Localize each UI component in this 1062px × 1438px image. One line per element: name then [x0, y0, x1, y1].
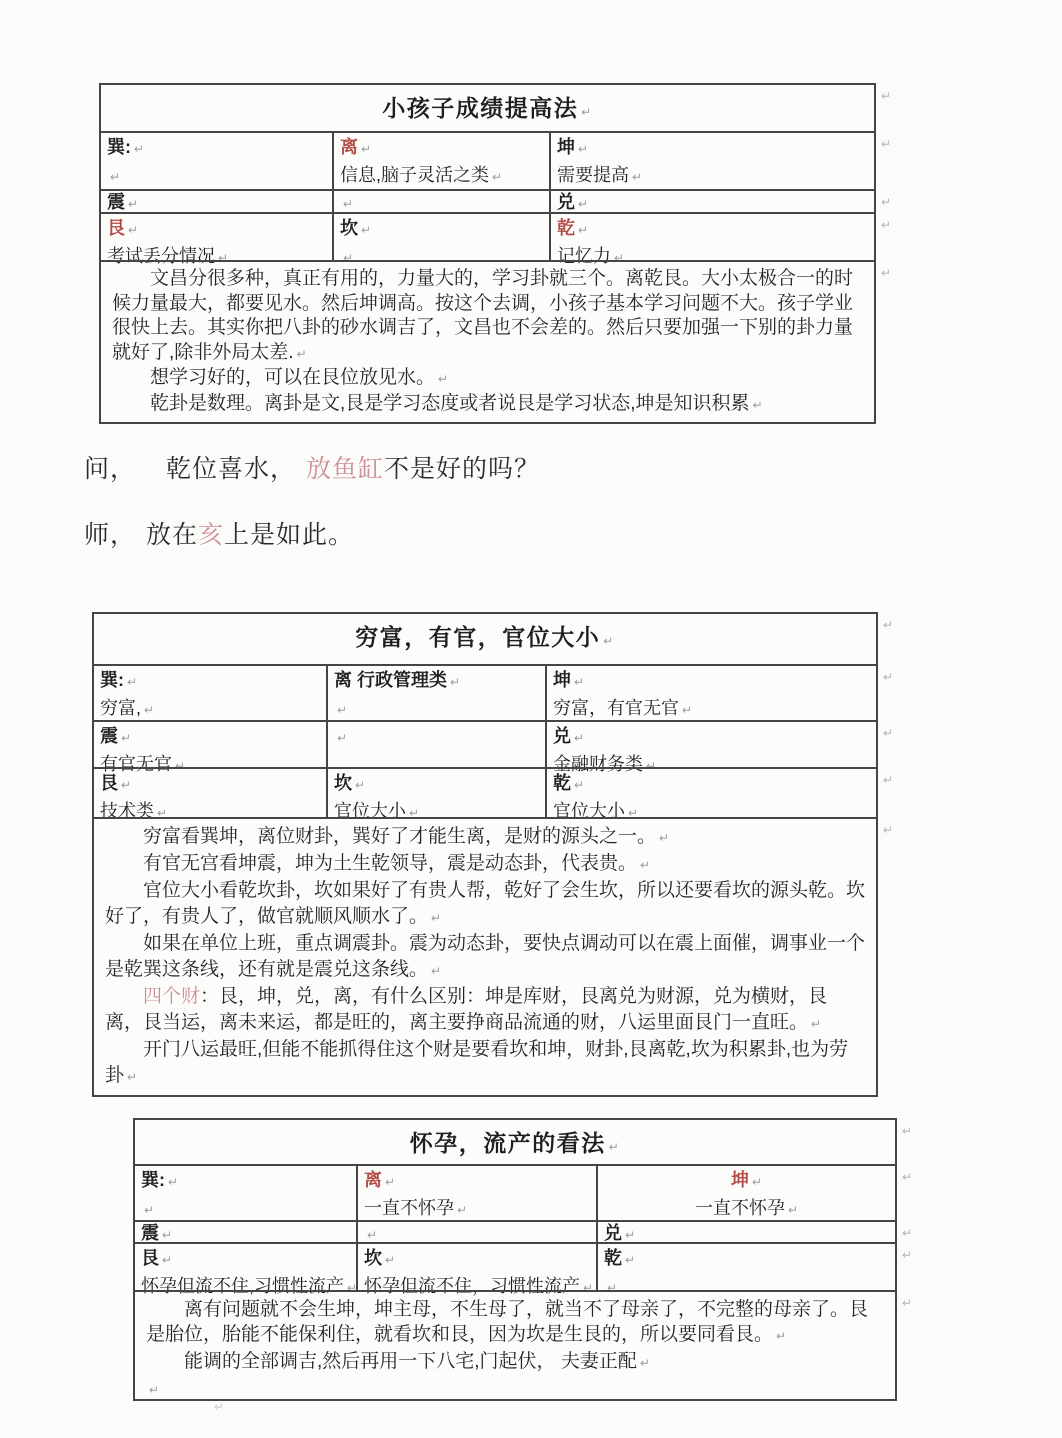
table1-row-3: 艮↵ 考试丢分情况↵ 坎↵ ↵ 乾↵ 记忆力↵ ↵: [101, 212, 874, 260]
note-paragraph-highlight: 想学习好的，可以在艮位放见水。↵: [112, 366, 863, 392]
question-suffix: 不是好的吗？: [384, 455, 540, 483]
cell-value: 穷富，有官无官: [553, 698, 679, 718]
empty-paragraph: ↵: [146, 1376, 884, 1394]
paragraph-mark-icon: ↵: [752, 1175, 762, 1189]
paragraph-mark-icon: ↵: [788, 1203, 798, 1217]
note-paragraph: 官位大小看乾坎卦，坎如果好了有贵人帮，乾好了会生坎，所以还要看坎的源头乾。坎好了…: [105, 878, 865, 931]
paragraph-mark-icon: ↵: [625, 1228, 635, 1242]
paragraph-mark-icon: ↵: [625, 1253, 635, 1267]
cell-kan: 坎↵ ↵: [332, 214, 549, 260]
row-end-mark: ↵: [881, 218, 891, 232]
cell-header: 乾: [557, 218, 575, 238]
row-end-mark: ↵: [902, 1124, 912, 1138]
paragraph-mark-icon: ↵: [162, 1228, 172, 1242]
paragraph-mark-icon: ↵: [574, 675, 584, 689]
cell-empty: ↵: [326, 722, 545, 767]
cell-header: 坤: [553, 670, 571, 690]
cell-header: 艮: [141, 1248, 159, 1268]
question-highlight: 放鱼缸: [306, 455, 384, 483]
note-paragraph: 乾卦是数理。离卦是文,艮是学习态度或者说艮是学习状态,坤是知识积累↵: [112, 392, 863, 418]
row-end-mark: ↵: [902, 1226, 912, 1240]
paragraph-mark-icon: ↵: [121, 731, 131, 745]
cell-header: 坎: [334, 773, 352, 793]
paragraph-mark-icon: ↵: [574, 778, 584, 792]
paragraph-mark-icon: ↵: [127, 675, 137, 689]
table3-notes: 离有问题就不会生坤，坤主母，不生母了，就当不了母亲了，不完整的母亲了。艮是胎位，…: [135, 1290, 895, 1399]
paragraph-mark-icon: ↵: [367, 1228, 377, 1242]
paragraph-mark-icon: ↵: [128, 197, 138, 211]
paragraph-mark-icon: ↵: [121, 778, 131, 792]
cell-dui: 兑↵: [596, 1222, 895, 1242]
cell-dui: 兑↵ 金融财务类↵: [545, 722, 876, 767]
answer-highlight: 亥: [198, 521, 224, 549]
note-text: 乾卦是数理。离卦是文,艮是学习态度或者说艮是学习状态,坤是知识积累: [150, 393, 750, 414]
paragraph-mark-icon: ↵: [574, 731, 584, 745]
cell-li: 离 行政管理类↵ ↵: [326, 666, 545, 720]
cell-header: 乾: [553, 773, 571, 793]
cell-header: 离: [364, 1170, 382, 1190]
cell-kan: 坎↵ 官位大小↵: [326, 769, 545, 817]
row-end-mark: ↵: [881, 195, 891, 209]
cell-header: 离 行政管理类: [334, 670, 447, 690]
paragraph-mark-icon: ↵: [168, 1175, 178, 1189]
paragraph-mark-icon: ↵: [603, 634, 615, 648]
table3-title-row: 怀孕，流产的看法↵ ↵: [135, 1120, 895, 1164]
note-paragraph: 能调的全部调吉,然后再用一下八宅,门起伏， 夫妻正配↵: [146, 1349, 884, 1376]
paragraph-mark-icon: ↵: [457, 1203, 467, 1217]
table3-title-text: 怀孕，流产的看法: [410, 1130, 606, 1156]
answer-lead: 放在: [146, 521, 198, 549]
table2-notes: 穷富看巽坤，离位财卦，巽好了才能生离，是财的源头之一。↵ 有官无宫看坤震，坤为土…: [94, 817, 876, 1095]
cell-header: 巽:: [141, 1170, 165, 1190]
table-grade-improvement: 小孩子成绩提高法↵ ↵ 巽:↵ ↵ 离↵ 信息,脑子灵活之类↵ 坤↵ 需要提高↵…: [99, 83, 876, 424]
cell-header: 震: [100, 726, 118, 746]
paragraph-mark-icon: ↵: [361, 142, 371, 156]
cell-li: 离↵ 信息,脑子灵活之类↵: [332, 133, 549, 189]
note-paragraph: 离有问题就不会生坤，坤主母，不生母了，就当不了母亲了，不完整的母亲了。艮是胎位，…: [146, 1297, 884, 1349]
cell-empty: ↵: [356, 1222, 596, 1242]
table3-row-2: 震↵ ↵ 兑↵ ↵: [135, 1220, 895, 1242]
row-end-mark: ↵: [883, 670, 893, 684]
cell-header: 兑: [557, 192, 575, 212]
note-text: 想学习好的，可以在艮位放见水。: [150, 367, 435, 388]
paragraph-mark-icon: ↵: [492, 170, 502, 184]
cell-empty: ↵: [332, 191, 549, 212]
note-text: 离有问题就不会生坤，坤主母，不生母了，就当不了母亲了，不完整的母亲了。艮是胎位，…: [146, 1299, 868, 1345]
note-text: ：艮，坤，兑，离，有什么区别：坤是库财，艮离兑为财源，兑为横财，艮离，艮当运，离…: [105, 986, 827, 1033]
note-text: 开门八运最旺,但能不能抓得住这个财是要看坎和坤，财卦,艮离乾,坎为积累卦,也为劳…: [105, 1039, 848, 1086]
cell-header: 巽:: [107, 137, 131, 157]
cell-qian: 乾↵ ↵: [596, 1244, 895, 1290]
paragraph-mark-icon: ↵: [581, 105, 593, 119]
table1-title: 小孩子成绩提高法↵: [101, 85, 874, 131]
cell-value: 一直不怀孕: [695, 1198, 785, 1218]
cell-header: 乾: [604, 1248, 622, 1268]
answer-prefix: 师，: [84, 521, 136, 549]
paragraph-mark-icon: ↵: [128, 223, 138, 237]
paragraph-mark-icon: ↵: [578, 223, 588, 237]
paragraph-mark-icon: ↵: [640, 858, 650, 872]
note-paragraph: 开门八运最旺,但能不能抓得住这个财是要看坎和坤，财卦,艮离乾,坎为积累卦,也为劳…: [105, 1037, 865, 1090]
row-end-mark: ↵: [883, 823, 893, 837]
stray-paragraph-mark: ↵: [214, 1400, 224, 1414]
row-end-mark: ↵: [902, 1248, 912, 1262]
paragraph-mark-icon: ↵: [811, 1017, 821, 1031]
cell-header: 艮: [107, 218, 125, 238]
table1-row-2: 震↵ ↵ 兑↵ ↵: [101, 189, 874, 212]
table3-row-1: 巽:↵ ↵ 离↵ 一直不怀孕↵ 坤↵ 一直不怀孕↵ ↵: [135, 1164, 895, 1220]
cell-qian: 乾↵ 官位大小↵: [545, 769, 876, 817]
table2-row-3: 艮↵ 技术类↵ 坎↵ 官位大小↵ 乾↵ 官位大小↵ ↵: [94, 767, 876, 817]
cell-header: 坤: [557, 137, 575, 157]
row-end-mark: ↵: [881, 137, 891, 151]
note-text: 能调的全部调吉,然后再用一下八宅,门起伏， 夫妻正配: [184, 1351, 637, 1372]
cell-header: 艮: [100, 773, 118, 793]
table1-notes: 文昌分很多种，真正有用的，力量大的，学习卦就三个。离乾艮。大小太极合一的时候力量…: [101, 260, 874, 422]
paragraph-mark-icon: ↵: [355, 778, 365, 792]
cell-header: 坎: [364, 1248, 382, 1268]
table-pregnancy: 怀孕，流产的看法↵ ↵ 巽:↵ ↵ 离↵ 一直不怀孕↵ 坤↵ 一直不怀孕↵ ↵ …: [133, 1118, 897, 1401]
cell-value: 一直不怀孕: [364, 1198, 454, 1218]
row-end-mark: ↵: [881, 266, 891, 280]
note-text: 文昌分很多种，真正有用的，力量大的，学习卦就三个。离乾艮。大小太极合一的时候力量…: [112, 268, 853, 363]
table2-row-2: 震↵ 有官无官↵ ↵ 兑↵ 金融财务类↵ ↵: [94, 720, 876, 767]
cell-gen: 艮↵ 考试丢分情况↵: [101, 214, 332, 260]
paragraph-mark-icon: ↵: [431, 911, 441, 925]
table3-title: 怀孕，流产的看法↵: [135, 1120, 895, 1164]
note-paragraph: 文昌分很多种，真正有用的，力量大的，学习卦就三个。离乾艮。大小太极合一的时候力量…: [112, 267, 863, 366]
paragraph-mark-icon: ↵: [361, 223, 371, 237]
paragraph-mark-icon: ↵: [578, 197, 588, 211]
answer-line: 师，放在亥上是如此。: [84, 515, 354, 551]
paragraph-mark-icon: ↵: [144, 1203, 154, 1217]
row-end-mark: ↵: [902, 1170, 912, 1184]
answer-suffix: 上是如此。: [224, 521, 354, 549]
question-lead: 乾位喜水，: [166, 455, 296, 483]
paragraph-mark-icon: ↵: [640, 1356, 650, 1370]
note-paragraph: 有官无宫看坤震，坤为土生乾领导，震是动态卦，代表贵。↵: [105, 851, 865, 878]
paragraph-mark-icon: ↵: [162, 1253, 172, 1267]
paragraph-mark-icon: ↵: [149, 1383, 159, 1397]
cell-gen: 艮↵ 技术类↵: [94, 769, 326, 817]
cell-header: 坤: [731, 1170, 749, 1190]
cell-header: 兑: [553, 726, 571, 746]
row-end-mark: ↵: [881, 89, 891, 103]
table2-title: 穷富，有官，官位大小↵: [94, 614, 876, 664]
cell-kun: 坤↵ 穷富，有官无官↵: [545, 666, 876, 720]
paragraph-mark-icon: ↵: [343, 197, 353, 211]
table1-row-1: 巽:↵ ↵ 离↵ 信息,脑子灵活之类↵ 坤↵ 需要提高↵ ↵: [101, 131, 874, 189]
cell-kun: 坤↵ 需要提高↵: [549, 133, 874, 189]
table2-title-text: 穷富，有官，官位大小: [355, 624, 600, 650]
row-end-mark: ↵: [902, 1296, 912, 1310]
cell-header: 巽:: [100, 670, 124, 690]
cell-qian: 乾↵ 记忆力↵: [549, 214, 874, 260]
row-end-mark: ↵: [883, 773, 893, 787]
note-text: 穷富看巽坤，离位财卦，巽好了才能生离，是财的源头之一。: [143, 826, 656, 847]
table1-title-text: 小孩子成绩提高法: [382, 95, 578, 121]
paragraph-mark-icon: ↵: [134, 142, 144, 156]
paragraph-mark-icon: ↵: [144, 703, 154, 717]
note-text: 有官无宫看坤震，坤为土生乾领导，震是动态卦，代表贵。: [143, 853, 637, 874]
paragraph-mark-icon: ↵: [385, 1253, 395, 1267]
paragraph-mark-icon: ↵: [385, 1175, 395, 1189]
paragraph-mark-icon: ↵: [753, 398, 763, 412]
question-line: 问，乾位喜水，放鱼缸不是好的吗？: [84, 449, 540, 485]
cell-dui: 兑↵: [549, 191, 874, 212]
paragraph-mark-icon: ↵: [632, 170, 642, 184]
cell-xun: 巽:↵ ↵: [101, 133, 332, 189]
paragraph-mark-icon: ↵: [337, 703, 347, 717]
table3-row-3: 艮↵ 怀孕但流不住,习惯性流产↵ 坎↵ 怀孕但流不住，习惯性流产↵ 乾↵ ↵ ↵: [135, 1242, 895, 1290]
paragraph-mark-icon: ↵: [127, 1070, 137, 1084]
table2-row-1: 巽:↵ 穷富,↵ 离 行政管理类↵ ↵ 坤↵ 穷富，有官无官↵ ↵: [94, 664, 876, 720]
document-page: 小孩子成绩提高法↵ ↵ 巽:↵ ↵ 离↵ 信息,脑子灵活之类↵ 坤↵ 需要提高↵…: [0, 0, 1062, 1438]
table-wealth-official: 穷富，有官，官位大小↵ ↵ 巽:↵ 穷富,↵ 离 行政管理类↵ ↵ 坤↵ 穷富，…: [92, 612, 878, 1097]
note-text: 官位大小看乾坎卦，坎如果好了有贵人帮，乾好了会生坎，所以还要看坎的源头乾。坎好了…: [105, 880, 865, 927]
note-paragraph: 如果在单位上班，重点调震卦。震为动态卦，要快点调动可以在震上面催，调事业一个是乾…: [105, 931, 865, 984]
table1-title-row: 小孩子成绩提高法↵ ↵: [101, 85, 874, 131]
paragraph-mark-icon: ↵: [578, 142, 588, 156]
paragraph-mark-icon: ↵: [609, 1140, 621, 1154]
cell-header: 离: [340, 137, 358, 157]
paragraph-mark-icon: ↵: [297, 347, 307, 361]
cell-value: 信息,脑子灵活之类: [340, 165, 489, 185]
cell-xun: 巽:↵ ↵: [135, 1166, 356, 1220]
cell-zhen: 震↵: [135, 1222, 356, 1242]
question-prefix: 问，: [84, 455, 136, 483]
paragraph-mark-icon: ↵: [431, 964, 441, 978]
note-paragraph-four-wealth: 四个财：艮，坤，兑，离，有什么区别：坤是库财，艮离兑为财源，兑为横财，艮离，艮当…: [105, 984, 865, 1037]
cell-header: 坎: [340, 218, 358, 238]
cell-zhen: 震↵: [101, 191, 332, 212]
paragraph-mark-icon: ↵: [776, 1329, 786, 1343]
cell-zhen: 震↵ 有官无官↵: [94, 722, 326, 767]
cell-xun: 巽:↵ 穷富,↵: [94, 666, 326, 720]
note-paragraph: 穷富看巽坤，离位财卦，巽好了才能生离，是财的源头之一。↵: [105, 824, 865, 851]
paragraph-mark-icon: ↵: [110, 170, 120, 184]
cell-value: 需要提高: [557, 165, 629, 185]
cell-header: 兑: [604, 1223, 622, 1243]
cell-kun: 坤↵ 一直不怀孕↵: [596, 1166, 895, 1220]
note-highlight: 四个财: [143, 986, 200, 1007]
paragraph-mark-icon: ↵: [337, 731, 347, 745]
note-text: 如果在单位上班，重点调震卦。震为动态卦，要快点调动可以在震上面催，调事业一个是乾…: [105, 933, 865, 980]
cell-header: 震: [141, 1223, 159, 1243]
row-end-mark: ↵: [883, 726, 893, 740]
paragraph-mark-icon: ↵: [682, 703, 692, 717]
table2-title-row: 穷富，有官，官位大小↵ ↵: [94, 614, 876, 664]
cell-gen: 艮↵ 怀孕但流不住,习惯性流产↵: [135, 1244, 356, 1290]
paragraph-mark-icon: ↵: [450, 675, 460, 689]
cell-value: 穷富,: [100, 698, 141, 718]
paragraph-mark-icon: ↵: [438, 372, 448, 386]
cell-li: 离↵ 一直不怀孕↵: [356, 1166, 596, 1220]
paragraph-mark-icon: ↵: [659, 831, 669, 845]
cell-header: 震: [107, 192, 125, 212]
row-end-mark: ↵: [883, 618, 893, 632]
cell-kan: 坎↵ 怀孕但流不住，习惯性流产↵: [356, 1244, 596, 1290]
